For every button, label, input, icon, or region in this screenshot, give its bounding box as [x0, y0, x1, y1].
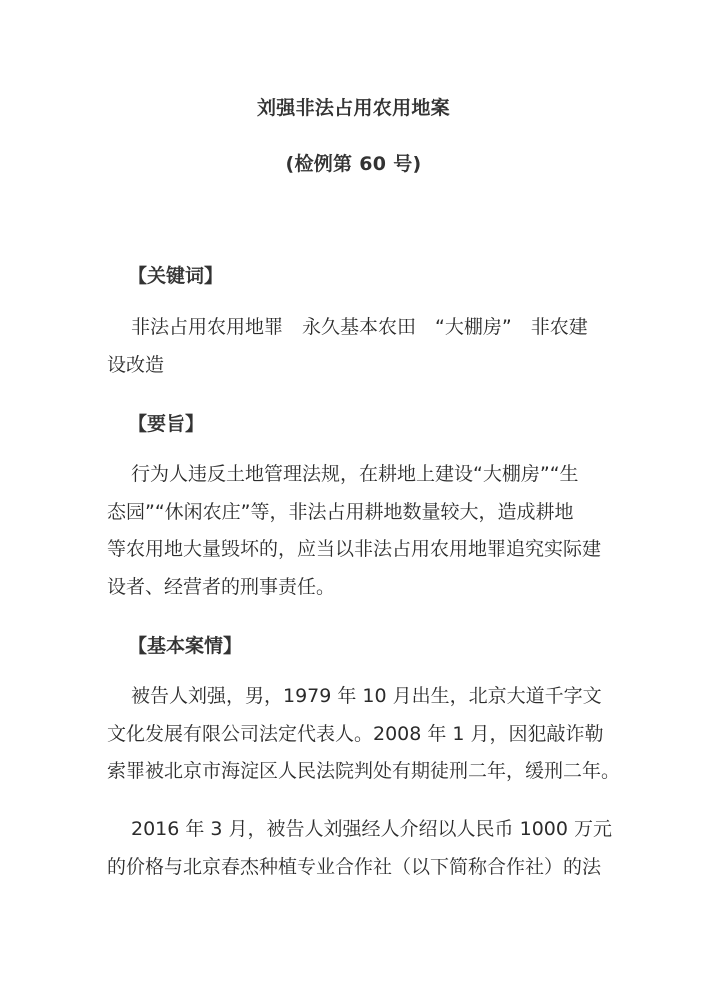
paragraph-line: 态园”“休闲农庄”等，非法占用耕地数量较大，造成耕地 [107, 494, 603, 532]
section-heading-keywords: 【关键词】 [128, 261, 223, 288]
section-heading-gist: 【要旨】 [128, 409, 204, 436]
paragraph-line: 被告人刘强，男，1979 年 10 月出生，北京大道千字文 [107, 678, 603, 716]
paragraph-line: 设改造 [107, 347, 603, 385]
paragraph-line: 索罪被北京市海淀区人民法院判处有期徒刑二年，缓刑二年。 [107, 753, 603, 791]
gist-paragraph: 行为人违反土地管理法规，在耕地上建设“大棚房”“生 态园”“休闲农庄”等，非法占… [107, 456, 603, 606]
paragraph-line: 设者、经营者的刑事责任。 [107, 569, 603, 607]
case-facts-paragraph-1: 被告人刘强，男，1979 年 10 月出生，北京大道千字文 文化发展有限公司法定… [107, 678, 603, 791]
paragraph-line: 非法占用农用地罪 永久基本农田 “大棚房” 非农建 [107, 309, 603, 347]
paragraph-line: 2016 年 3 月，被告人刘强经人介绍以人民币 1000 万元 [107, 811, 603, 849]
document-subtitle: (检例第 60 号) [0, 149, 707, 176]
case-facts-paragraph-2: 2016 年 3 月，被告人刘强经人介绍以人民币 1000 万元 的价格与北京春… [107, 811, 603, 886]
paragraph-line: 行为人违反土地管理法规，在耕地上建设“大棚房”“生 [107, 456, 603, 494]
document-page: 刘强非法占用农用地案 (检例第 60 号) 【关键词】 非法占用农用地罪 永久基… [0, 0, 707, 999]
paragraph-line: 文化发展有限公司法定代表人。2008 年 1 月，因犯敲诈勒 [107, 716, 603, 754]
keywords-paragraph: 非法占用农用地罪 永久基本农田 “大棚房” 非农建 设改造 [107, 309, 603, 384]
document-title: 刘强非法占用农用地案 [0, 93, 707, 120]
paragraph-line: 等农用地大量毁坏的，应当以非法占用农用地罪追究实际建 [107, 531, 603, 569]
paragraph-line: 的价格与北京春杰种植专业合作社（以下简称合作社）的法 [107, 849, 603, 887]
section-heading-case-facts: 【基本案情】 [128, 631, 242, 658]
